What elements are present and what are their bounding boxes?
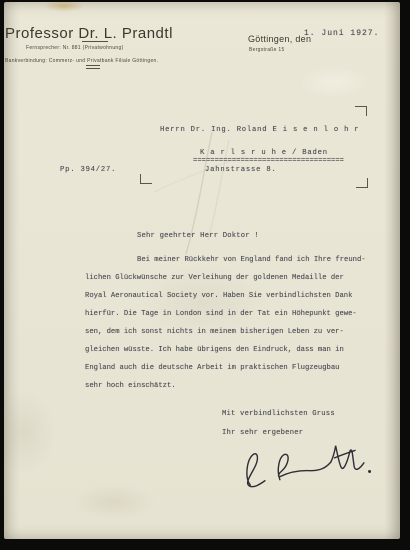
body-line: sehr hoch einschätzt.	[85, 382, 176, 390]
body-line: England auch die deutsche Arbeit im prak…	[85, 364, 339, 372]
pencil-ghost-marks	[134, 122, 254, 272]
letterhead-rule-bottom	[86, 65, 100, 69]
letterhead-rule-top	[82, 41, 108, 42]
letter-paper: Professor Dr. L. Prandtl Fernsprecher: N…	[4, 2, 400, 539]
letterhead-name: Professor Dr. L. Prandtl	[5, 25, 173, 42]
body-line: Royal Aeronautical Society vor. Haben Si…	[85, 292, 352, 300]
body-line: Bei meiner Rückkehr von England fand ich…	[137, 256, 366, 264]
address-corner-bottom-left-mark	[140, 174, 152, 184]
letterhead-city: Göttingen, den	[248, 34, 311, 44]
recipient-name: Herrn Dr. Ing. Roland E i s e n l o h r	[160, 126, 359, 134]
closing-signoff: Ihr sehr ergebener	[222, 429, 303, 437]
letterhead-bank: Bankverbindung: Commerz- und Privatbank …	[5, 58, 158, 64]
salutation: Sehr geehrter Herr Doktor !	[137, 232, 259, 240]
file-reference: Pp. 394/27.	[60, 166, 116, 174]
signature	[233, 435, 374, 496]
recipient-city: K a r l s r u h e / Baden	[200, 149, 328, 157]
closing-greeting: Mit verbindlichsten Gruss	[222, 410, 335, 418]
letter-photo: Professor Dr. L. Prandtl Fernsprecher: N…	[0, 0, 410, 550]
recipient-city-underline: ===================================	[193, 157, 344, 165]
body-line: lichen Glückwünsche zur Verleihung der g…	[85, 274, 344, 282]
address-corner-top-right-mark	[355, 106, 367, 116]
recipient-street: Jahnstrasse 8.	[205, 166, 277, 174]
address-corner-bottom-right-mark	[356, 178, 368, 188]
letterhead-phone: Fernsprecher: Nr. 881 (Privatwohnung)	[26, 45, 124, 51]
body-line: sen, dem ich sonst nichts in meinem bish…	[85, 328, 344, 336]
body-line: hierfür. Die Tage in London sind in der …	[85, 310, 357, 318]
body-line: gleichen wüsste. Ich habe übrigens den E…	[85, 346, 344, 354]
letterhead-street: Bergstraße 15	[249, 47, 285, 53]
typed-date: 1. Juni 1927.	[304, 29, 379, 38]
